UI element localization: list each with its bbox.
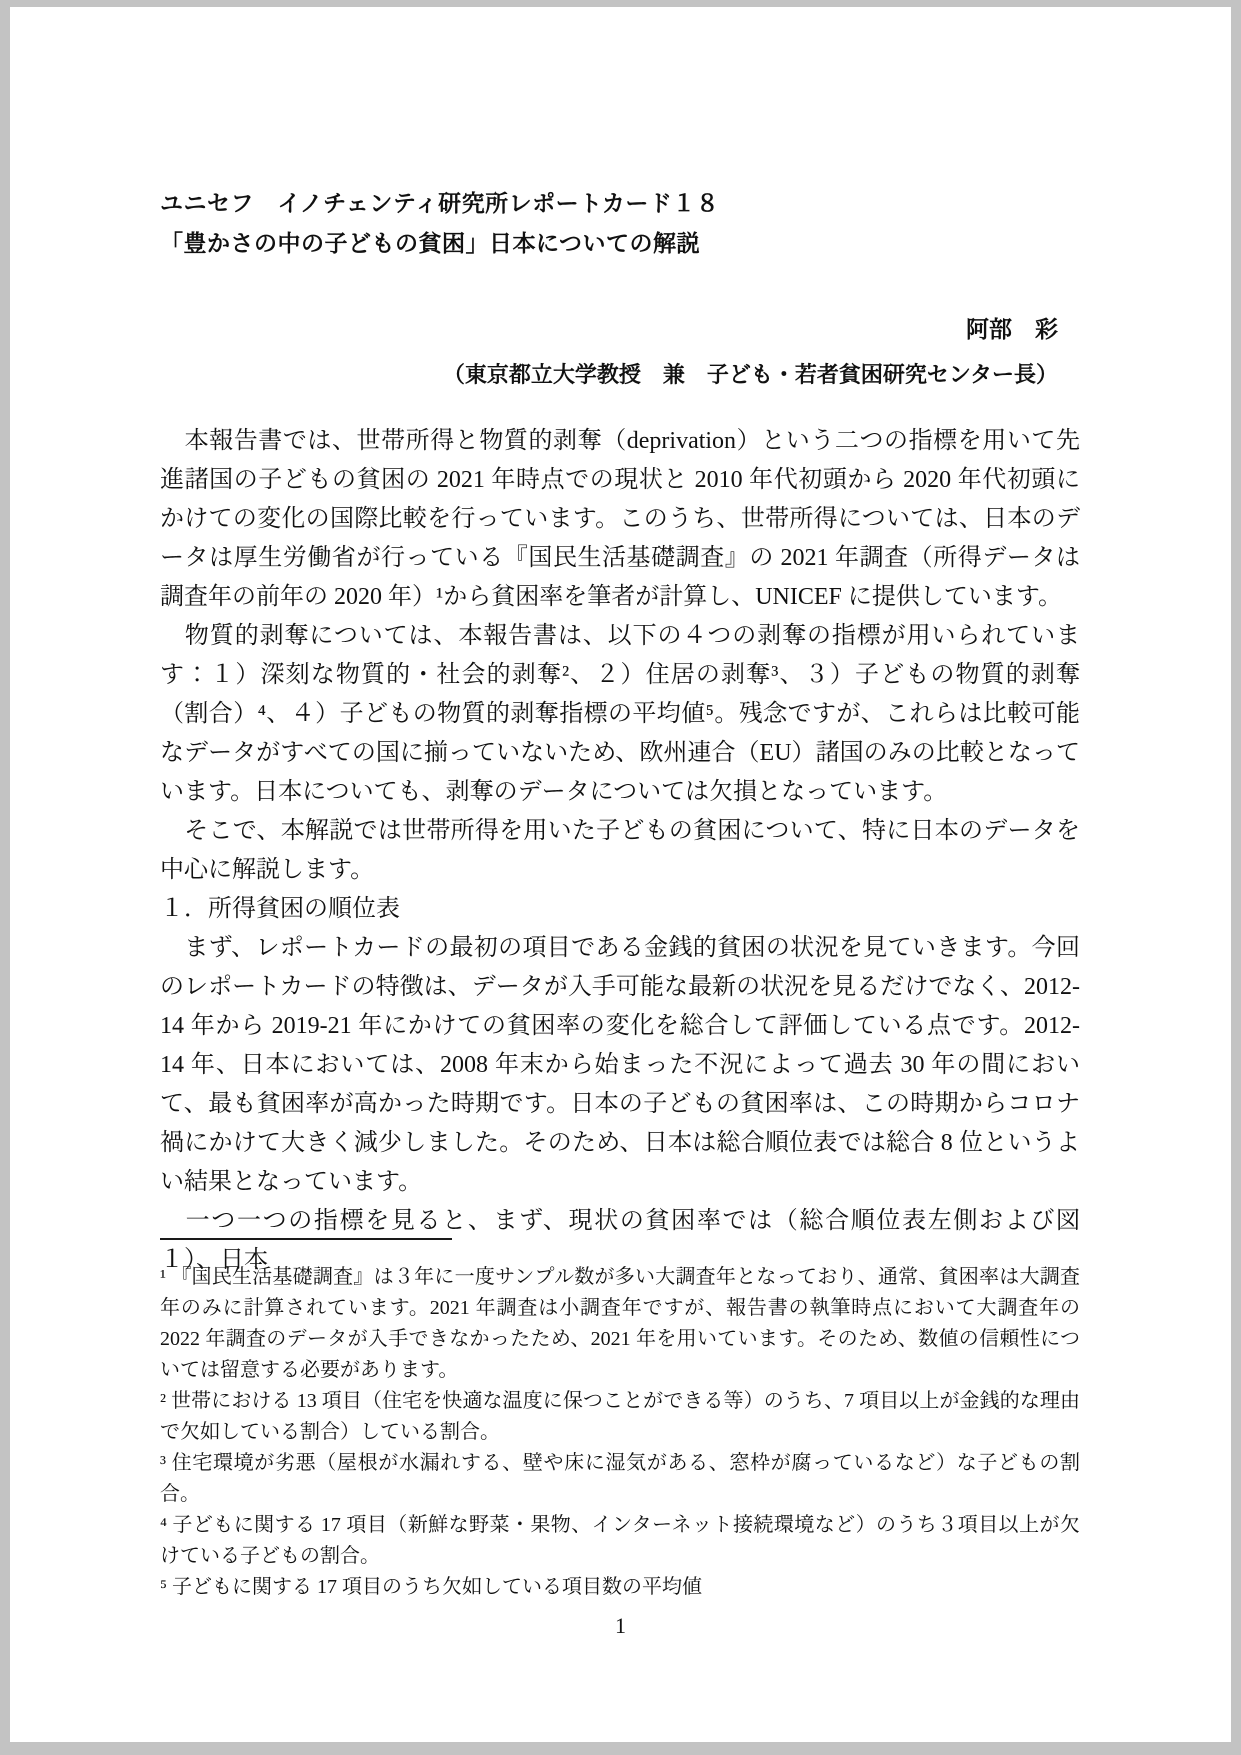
section-heading-income-poverty-ranking: １．所得貧困の順位表 [160, 890, 1080, 929]
page-background: ユニセフ イノチェンティ研究所レポートカード１８ 「豊かさの中の子どもの貧困」日… [0, 0, 1241, 1755]
footnote-separator [160, 1238, 452, 1240]
footnote-2: ² 世帯における 13 項目（住宅を快適な温度に保つことができる等）のうち、7 … [160, 1386, 1080, 1448]
report-title-line2: 「豊かさの中の子どもの貧困」日本についての解説 [160, 223, 1080, 263]
author-affiliation: （東京都立大学教授 兼 子ども・若者貧困研究センター長） [160, 355, 1080, 395]
author-name: 阿部 彩 [160, 310, 1080, 350]
paragraph-overview: 本報告書では、世帯所得と物質的剥奪（deprivation）という二つの指標を用… [160, 422, 1080, 617]
footnote-5: ⁵ 子どもに関する 17 項目のうち欠如している項目数の平均値 [160, 1572, 1080, 1603]
report-title: ユニセフ イノチェンティ研究所レポートカード１８ 「豊かさの中の子どもの貧困」日… [160, 183, 1080, 263]
footnote-3: ³ 住宅環境が劣悪（屋根が水漏れする、壁や床に湿気がある、窓枠が腐っているなど）… [160, 1448, 1080, 1510]
footnotes: ¹ 『国民生活基礎調査』は３年に一度サンプル数が多い大調査年となっており、通常、… [160, 1262, 1080, 1603]
document-page: ユニセフ イノチェンティ研究所レポートカード１８ 「豊かさの中の子どもの貧困」日… [10, 7, 1231, 1742]
footnote-1: ¹ 『国民生活基礎調査』は３年に一度サンプル数が多い大調査年となっており、通常、… [160, 1262, 1080, 1386]
document-body: 本報告書では、世帯所得と物質的剥奪（deprivation）という二つの指標を用… [160, 422, 1080, 1280]
paragraph-deprivation-indicators: 物質的剥奪については、本報告書は、以下の４つの剥奪の指標が用いられています：１）… [160, 617, 1080, 812]
paragraph-ranking-overview: まず、レポートカードの最初の項目である金銭的貧困の状況を見ていきます。今回のレポ… [160, 929, 1080, 1202]
report-title-line1: ユニセフ イノチェンティ研究所レポートカード１８ [160, 183, 1080, 223]
paragraph-scope: そこで、本解説では世帯所得を用いた子どもの貧困について、特に日本のデータを中心に… [160, 812, 1080, 890]
page-number: 1 [10, 1613, 1231, 1639]
footnote-4: ⁴ 子どもに関する 17 項目（新鮮な野菜・果物、インターネット接続環境など）の… [160, 1510, 1080, 1572]
